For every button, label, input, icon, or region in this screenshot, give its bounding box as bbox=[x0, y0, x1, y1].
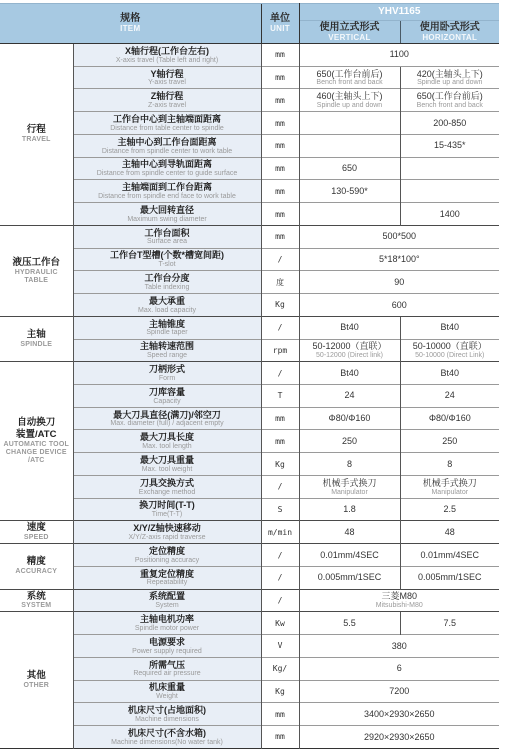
value-cell-span: 500*500 bbox=[299, 225, 499, 248]
value-cn: 500*500 bbox=[302, 231, 498, 242]
value-cell-horizontal: 0.01mm/4SEC bbox=[400, 544, 499, 567]
item-name-cn: 定位精度 bbox=[76, 546, 259, 557]
unit-cell: mm bbox=[261, 157, 299, 180]
unit-cell: 度 bbox=[261, 271, 299, 294]
header-model: YHV1165 bbox=[299, 4, 499, 21]
unit-cell: mm bbox=[261, 430, 299, 453]
value-cell-horizontal: Bt40 bbox=[400, 316, 499, 339]
spec-row: 刀具交换方式Exchange method/机械手式换刀Manipulator机… bbox=[0, 475, 499, 498]
item-cell: 最大刀具重量Max. tool weight bbox=[73, 453, 261, 476]
item-cell: 主轴端面到工作台距离Distance from spindle end face… bbox=[73, 180, 261, 203]
value-cell-vertical: 650 bbox=[299, 157, 400, 180]
header-spec: 规格 ITEM bbox=[0, 4, 261, 44]
item-name-en: X/Y/Z-axis rapid traverse bbox=[76, 534, 259, 541]
item-name-cn: X/Y/Z轴快速移动 bbox=[76, 523, 259, 534]
item-name-cn: 工作台面积 bbox=[76, 228, 259, 239]
value-cn: Φ80/Φ160 bbox=[403, 413, 498, 424]
item-cell: 重复定位精度Repeatability bbox=[73, 566, 261, 589]
spec-row: 最大回转直径Maximum swing diametermm1400 bbox=[0, 203, 499, 226]
item-name-en: Power supply required bbox=[76, 648, 259, 655]
item-name-cn: 最大刀具重量 bbox=[76, 455, 259, 466]
item-cell: 主轴电机功率Spindle motor power bbox=[73, 612, 261, 635]
header-horizontal-en: HORIZONTAL bbox=[403, 34, 498, 43]
unit-cell: / bbox=[261, 475, 299, 498]
spec-row: Y轴行程Y-axis travelmm650(工作台前后)Bench front… bbox=[0, 66, 499, 89]
header-horizontal-cn: 使用卧式形式 bbox=[403, 22, 498, 34]
category-cell-1: 液压工作台HYDRAULICTABLE bbox=[0, 225, 73, 316]
item-cell: 刀库容量Capacity bbox=[73, 385, 261, 408]
category-name-en: HYDRAULIC bbox=[2, 269, 71, 277]
value-cell-horizontal: 250 bbox=[400, 430, 499, 453]
value-cn: 420(主轴头上下) bbox=[403, 69, 498, 80]
value-en: Bench front and back bbox=[302, 79, 398, 86]
item-cell: X轴行程(工作台左右)X-axis travel (Table left and… bbox=[73, 44, 261, 67]
item-name-en: Repeatability bbox=[76, 579, 259, 586]
spec-row: 最大刀具长度Max. tool lengthmm250250 bbox=[0, 430, 499, 453]
item-name-cn: 系统配置 bbox=[76, 591, 259, 602]
value-cn: 3400×2930×2650 bbox=[302, 709, 498, 720]
item-name-cn: 最大刀具直径(满刀)/邻空刀 bbox=[76, 410, 259, 421]
category-name-cn: 精度 bbox=[2, 556, 71, 568]
category-name-en: OTHER bbox=[2, 682, 71, 690]
value-cn: 650(工作台前后) bbox=[403, 91, 498, 102]
spec-row: 速度SPEEDX/Y/Z轴快速移动X/Y/Z-axis rapid traver… bbox=[0, 521, 499, 544]
unit-cell: mm bbox=[261, 44, 299, 67]
spec-row: 精度ACCURACY定位精度Positioning accuracy/0.01m… bbox=[0, 544, 499, 567]
value-cell-horizontal: 1400 bbox=[400, 203, 499, 226]
item-name-en: Distance from spindle end face to work t… bbox=[76, 193, 259, 200]
item-name-en: Distance from table center to spindle bbox=[76, 125, 259, 132]
unit-cell: mm bbox=[261, 203, 299, 226]
value-cell-vertical bbox=[299, 203, 400, 226]
item-name-en: Weight bbox=[76, 693, 259, 700]
item-name-cn: 主轴转速范围 bbox=[76, 341, 259, 352]
item-cell: 工作台分度Table indexing bbox=[73, 271, 261, 294]
item-cell: Y轴行程Y-axis travel bbox=[73, 66, 261, 89]
header-vertical-en: VERTICAL bbox=[302, 34, 398, 43]
category-name-cn: 装置/ATC bbox=[2, 429, 71, 441]
value-cn: 8 bbox=[403, 459, 498, 470]
spec-row: 机床尺寸(占地面积)Machine dimensionsmm3400×2930×… bbox=[0, 703, 499, 726]
category-cell-4: 速度SPEED bbox=[0, 521, 73, 544]
value-cn: 6 bbox=[302, 663, 498, 674]
category-cell-0: 行程TRAVEL bbox=[0, 44, 73, 226]
item-name-cn: 主轴端面到工作台距离 bbox=[76, 182, 259, 193]
spec-row: 液压工作台HYDRAULICTABLE工作台面积Surface areamm50… bbox=[0, 225, 499, 248]
item-name-en: Max. tool weight bbox=[76, 466, 259, 473]
value-cell-span: 600 bbox=[299, 294, 499, 317]
item-name-en: Machine dimensions bbox=[76, 716, 259, 723]
value-cell-span: 380 bbox=[299, 635, 499, 658]
value-cn: 2.5 bbox=[403, 504, 498, 515]
value-cell-span: 7200 bbox=[299, 680, 499, 703]
spec-row: 机床尺寸(不含水箱)Machine dimensions(No water ta… bbox=[0, 726, 499, 749]
value-cn: 0.005mm/1SEC bbox=[403, 572, 498, 583]
item-cell: 电源要求Power supply required bbox=[73, 635, 261, 658]
value-cn: 650(工作台前后) bbox=[302, 69, 398, 80]
unit-cell: / bbox=[261, 544, 299, 567]
value-en: Bench front and back bbox=[403, 102, 498, 109]
category-name-cn: 行程 bbox=[2, 124, 71, 136]
unit-cell: V bbox=[261, 635, 299, 658]
item-cell: 刀具交换方式Exchange method bbox=[73, 475, 261, 498]
value-cell-horizontal: Φ80/Φ160 bbox=[400, 407, 499, 430]
model-number: YHV1165 bbox=[302, 6, 498, 18]
unit-cell: / bbox=[261, 362, 299, 385]
category-name-cn: 其他 bbox=[2, 670, 71, 682]
item-name-cn: 工作台中心到主轴端面距离 bbox=[76, 114, 259, 125]
item-cell: 最大回转直径Maximum swing diameter bbox=[73, 203, 261, 226]
value-cn: 1.8 bbox=[302, 504, 398, 515]
unit-cell: T bbox=[261, 385, 299, 408]
value-cell-horizontal: 650(工作台前后)Bench front and back bbox=[400, 89, 499, 112]
item-name-cn: 主轴锥度 bbox=[76, 319, 259, 330]
spec-row: 重复定位精度Repeatability/0.005mm/1SEC0.005mm/… bbox=[0, 566, 499, 589]
item-cell: 工作台中心到主轴端面距离Distance from table center t… bbox=[73, 112, 261, 135]
category-name-cn: 液压工作台 bbox=[2, 257, 71, 269]
category-name-cn: 自动换刀 bbox=[2, 417, 71, 429]
category-name-en: CHANGE DEVICE bbox=[2, 449, 71, 457]
spec-row: 换刀时间(T-T)Time(T-T)S1.82.5 bbox=[0, 498, 499, 521]
unit-cell: mm bbox=[261, 407, 299, 430]
item-cell: 最大刀具长度Max. tool length bbox=[73, 430, 261, 453]
value-cn: 460(主轴头上下) bbox=[302, 91, 398, 102]
item-name-en: Form bbox=[76, 375, 259, 382]
spec-row: 最大承重Max. load capacityKg600 bbox=[0, 294, 499, 317]
item-cell: 系统配置System bbox=[73, 589, 261, 612]
value-cn: 90 bbox=[302, 277, 498, 288]
value-cell-horizontal: 机械手式换刀Manipulator bbox=[400, 475, 499, 498]
category-name-en: SYSTEM bbox=[2, 602, 71, 610]
spec-row: 最大刀具重量Max. tool weightKg88 bbox=[0, 453, 499, 476]
item-name-cn: 主轴电机功率 bbox=[76, 614, 259, 625]
value-cell-vertical: Φ80/Φ160 bbox=[299, 407, 400, 430]
value-cn: 5*18*100° bbox=[302, 254, 498, 265]
value-cell-vertical: 0.005mm/1SEC bbox=[299, 566, 400, 589]
value-cell-span: 90 bbox=[299, 271, 499, 294]
value-cell-vertical: 机械手式换刀Manipulator bbox=[299, 475, 400, 498]
value-cn: Bt40 bbox=[403, 368, 498, 379]
value-cell-horizontal: Bt40 bbox=[400, 362, 499, 385]
spec-row: 最大刀具直径(满刀)/邻空刀Max. diameter (full) / adj… bbox=[0, 407, 499, 430]
spec-row: 电源要求Power supply requiredV380 bbox=[0, 635, 499, 658]
value-cell-vertical: Bt40 bbox=[299, 362, 400, 385]
unit-cell: mm bbox=[261, 703, 299, 726]
unit-cell: mm bbox=[261, 225, 299, 248]
item-name-en: Capacity bbox=[76, 398, 259, 405]
header-unit: 单位 UNIT bbox=[261, 4, 299, 44]
item-name-cn: 刀库容量 bbox=[76, 387, 259, 398]
item-cell: 机床重量Weight bbox=[73, 680, 261, 703]
category-name-cn: 主轴 bbox=[2, 329, 71, 341]
value-cn: 50-10000（直联） bbox=[403, 341, 498, 352]
value-cell-span: 6 bbox=[299, 657, 499, 680]
value-cn: 7.5 bbox=[403, 618, 498, 629]
item-name-en: T-slot bbox=[76, 261, 259, 268]
item-name-cn: 机床尺寸(不含水箱) bbox=[76, 728, 259, 739]
item-name-cn: 换刀时间(T-T) bbox=[76, 500, 259, 511]
value-cell-span: 三菱M80Mitsubishi-M80 bbox=[299, 589, 499, 612]
value-cell-horizontal bbox=[400, 180, 499, 203]
value-cn: 15-435* bbox=[403, 140, 498, 151]
category-cell-3: 自动换刀装置/ATCAUTOMATIC TOOLCHANGE DEVICE/AT… bbox=[0, 362, 73, 521]
spec-table: 规格 ITEM 单位 UNIT YHV1165 使用立式形式 VERTICAL … bbox=[0, 3, 499, 749]
item-name-en: Machine dimensions(No water tank) bbox=[76, 739, 259, 746]
item-name-en: Max. load capacity bbox=[76, 307, 259, 314]
spec-row: 主轴中心到导轨面距离Distance from spindle center t… bbox=[0, 157, 499, 180]
unit-cell: S bbox=[261, 498, 299, 521]
value-cn: 7200 bbox=[302, 686, 498, 697]
unit-cell: / bbox=[261, 316, 299, 339]
value-cell-vertical: 8 bbox=[299, 453, 400, 476]
category-name-cn: 系统 bbox=[2, 591, 71, 603]
value-cell-span: 5*18*100° bbox=[299, 248, 499, 271]
item-cell: 最大刀具直径(满刀)/邻空刀Max. diameter (full) / adj… bbox=[73, 407, 261, 430]
value-cell-span: 3400×2930×2650 bbox=[299, 703, 499, 726]
item-name-en: X-axis travel (Table left and right) bbox=[76, 57, 259, 64]
value-cell-horizontal: 8 bbox=[400, 453, 499, 476]
unit-cell: Kg bbox=[261, 294, 299, 317]
item-name-cn: 工作台分度 bbox=[76, 273, 259, 284]
header-unit-en: UNIT bbox=[264, 25, 297, 34]
value-en: Spindle up and down bbox=[403, 79, 498, 86]
spec-row: 工作台T型槽(个数*槽宽间距)T-slot/5*18*100° bbox=[0, 248, 499, 271]
value-cn: 250 bbox=[403, 436, 498, 447]
value-cn: 机械手式换刀 bbox=[403, 478, 498, 489]
item-cell: Z轴行程Z-axis travel bbox=[73, 89, 261, 112]
item-name-cn: X轴行程(工作台左右) bbox=[76, 46, 259, 57]
value-cn: 380 bbox=[302, 641, 498, 652]
item-cell: 机床尺寸(占地面积)Machine dimensions bbox=[73, 703, 261, 726]
table-body: 行程TRAVELX轴行程(工作台左右)X-axis travel (Table … bbox=[0, 44, 499, 749]
spec-row: 主轴端面到工作台距离Distance from spindle end face… bbox=[0, 180, 499, 203]
item-name-cn: 最大承重 bbox=[76, 296, 259, 307]
value-cn: 200-850 bbox=[403, 118, 498, 129]
value-cell-vertical: 5.5 bbox=[299, 612, 400, 635]
item-name-en: Max. tool length bbox=[76, 443, 259, 450]
unit-cell: Kw bbox=[261, 612, 299, 635]
value-cell-vertical bbox=[299, 112, 400, 135]
item-name-en: Y-axis travel bbox=[76, 79, 259, 86]
value-cell-vertical: 1.8 bbox=[299, 498, 400, 521]
item-name-en: Required air pressure bbox=[76, 670, 259, 677]
item-name-cn: Z轴行程 bbox=[76, 91, 259, 102]
value-cn: Bt40 bbox=[403, 322, 498, 333]
value-cell-vertical bbox=[299, 134, 400, 157]
value-cn: 250 bbox=[302, 436, 398, 447]
value-cn: 50-12000（直联） bbox=[302, 341, 398, 352]
value-cell-vertical: 650(工作台前后)Bench front and back bbox=[299, 66, 400, 89]
item-name-en: Table indexing bbox=[76, 284, 259, 291]
item-cell: 定位精度Positioning accuracy bbox=[73, 544, 261, 567]
item-name-cn: 所需气压 bbox=[76, 660, 259, 671]
value-en: 50-12000 (Direct link) bbox=[302, 352, 398, 359]
unit-cell: rpm bbox=[261, 339, 299, 362]
value-cn: 48 bbox=[302, 527, 398, 538]
value-cn: Bt40 bbox=[302, 368, 398, 379]
header-vertical-cn: 使用立式形式 bbox=[302, 22, 398, 34]
unit-cell: Kg bbox=[261, 453, 299, 476]
value-en: Manipulator bbox=[403, 489, 498, 496]
unit-cell: m/min bbox=[261, 521, 299, 544]
value-cn: 650 bbox=[302, 163, 398, 174]
spec-row: 其他OTHER主轴电机功率Spindle motor powerKw5.57.5 bbox=[0, 612, 499, 635]
spec-row: 主轴SPINDLE主轴锥度Spindle taper/Bt40Bt40 bbox=[0, 316, 499, 339]
item-name-cn: 机床重量 bbox=[76, 682, 259, 693]
category-cell-6: 系统SYSTEM bbox=[0, 589, 73, 612]
header-horizontal: 使用卧式形式 HORIZONTAL bbox=[400, 21, 499, 44]
item-name-en: Max. diameter (full) / adjacent empty bbox=[76, 420, 259, 427]
value-cell-vertical: 0.01mm/4SEC bbox=[299, 544, 400, 567]
item-name-cn: Y轴行程 bbox=[76, 69, 259, 80]
value-cn: Φ80/Φ160 bbox=[302, 413, 398, 424]
unit-cell: mm bbox=[261, 134, 299, 157]
item-cell: 所需气压Required air pressure bbox=[73, 657, 261, 680]
item-name-en: Speed range bbox=[76, 352, 259, 359]
item-name-cn: 工作台T型槽(个数*槽宽间距) bbox=[76, 250, 259, 261]
value-cell-vertical: 50-12000（直联）50-12000 (Direct link) bbox=[299, 339, 400, 362]
value-cell-vertical: 24 bbox=[299, 385, 400, 408]
item-name-en: Spindle motor power bbox=[76, 625, 259, 632]
item-name-en: Maximum swing diameter bbox=[76, 216, 259, 223]
value-cn: 600 bbox=[302, 300, 498, 311]
value-cell-horizontal: 48 bbox=[400, 521, 499, 544]
unit-cell: / bbox=[261, 248, 299, 271]
spec-row: 主轴转速范围Speed rangerpm50-12000（直联）50-12000… bbox=[0, 339, 499, 362]
category-cell-2: 主轴SPINDLE bbox=[0, 316, 73, 361]
category-name-en: ACCURACY bbox=[2, 568, 71, 576]
value-cell-span: 2920×2930×2650 bbox=[299, 726, 499, 749]
value-cell-vertical: 130-590* bbox=[299, 180, 400, 203]
unit-cell: Kg bbox=[261, 680, 299, 703]
category-cell-7: 其他OTHER bbox=[0, 612, 73, 748]
table-header: 规格 ITEM 单位 UNIT YHV1165 使用立式形式 VERTICAL … bbox=[0, 4, 499, 44]
item-name-en: Distance from spindle center to work tab… bbox=[76, 148, 259, 155]
item-cell: 工作台面积Surface area bbox=[73, 225, 261, 248]
value-cn: 24 bbox=[403, 390, 498, 401]
item-name-cn: 刀具交换方式 bbox=[76, 478, 259, 489]
value-en: Spindle up and down bbox=[302, 102, 398, 109]
category-cell-5: 精度ACCURACY bbox=[0, 544, 73, 589]
unit-cell: Kg/ bbox=[261, 657, 299, 680]
item-name-en: Distance from spindle center to guide su… bbox=[76, 170, 259, 177]
category-name-en: /ATC bbox=[2, 457, 71, 465]
value-cn: 1100 bbox=[302, 49, 498, 60]
spec-row: 自动换刀装置/ATCAUTOMATIC TOOLCHANGE DEVICE/AT… bbox=[0, 362, 499, 385]
header-spec-en: ITEM bbox=[2, 25, 259, 34]
value-cell-horizontal: 2.5 bbox=[400, 498, 499, 521]
spec-row: Z轴行程Z-axis travelmm460(主轴头上下)Spindle up … bbox=[0, 89, 499, 112]
value-cell-horizontal: 50-10000（直联）50-10000 (Direct Link) bbox=[400, 339, 499, 362]
item-name-en: Surface area bbox=[76, 238, 259, 245]
value-cn: 24 bbox=[302, 390, 398, 401]
item-name-en: Spindle taper bbox=[76, 329, 259, 336]
item-name-cn: 主轴中心到工作台面距离 bbox=[76, 137, 259, 148]
item-cell: 刀柄形式Form bbox=[73, 362, 261, 385]
item-name-cn: 最大回转直径 bbox=[76, 205, 259, 216]
value-en: Manipulator bbox=[302, 489, 398, 496]
item-name-cn: 主轴中心到导轨面距离 bbox=[76, 159, 259, 170]
value-cn: 0.01mm/4SEC bbox=[302, 550, 398, 561]
item-cell: X/Y/Z轴快速移动X/Y/Z-axis rapid traverse bbox=[73, 521, 261, 544]
item-cell: 换刀时间(T-T)Time(T-T) bbox=[73, 498, 261, 521]
value-cell-span: 1100 bbox=[299, 44, 499, 67]
value-en: 50-10000 (Direct Link) bbox=[403, 352, 498, 359]
spec-row: 行程TRAVELX轴行程(工作台左右)X-axis travel (Table … bbox=[0, 44, 499, 67]
spec-row: 刀库容量CapacityT2424 bbox=[0, 385, 499, 408]
value-cell-vertical: 460(主轴头上下)Spindle up and down bbox=[299, 89, 400, 112]
item-cell: 主轴转速范围Speed range bbox=[73, 339, 261, 362]
item-cell: 主轴中心到工作台面距离Distance from spindle center … bbox=[73, 134, 261, 157]
value-cn: 三菱M80 bbox=[302, 591, 498, 602]
spec-row: 所需气压Required air pressureKg/6 bbox=[0, 657, 499, 680]
item-name-cn: 电源要求 bbox=[76, 637, 259, 648]
category-name-en: TABLE bbox=[2, 277, 71, 285]
value-cell-horizontal: 24 bbox=[400, 385, 499, 408]
spec-row: 系统SYSTEM系统配置System/三菱M80Mitsubishi-M80 bbox=[0, 589, 499, 612]
value-cn: Bt40 bbox=[302, 322, 398, 333]
item-name-en: System bbox=[76, 602, 259, 609]
item-name-cn: 最大刀具长度 bbox=[76, 432, 259, 443]
item-name-en: Exchange method bbox=[76, 489, 259, 496]
value-cell-horizontal: 420(主轴头上下)Spindle up and down bbox=[400, 66, 499, 89]
item-cell: 主轴锥度Spindle taper bbox=[73, 316, 261, 339]
item-name-cn: 刀柄形式 bbox=[76, 364, 259, 375]
value-cn: 0.01mm/4SEC bbox=[403, 550, 498, 561]
value-cn: 2920×2930×2650 bbox=[302, 732, 498, 743]
header-row-top: 规格 ITEM 单位 UNIT YHV1165 bbox=[0, 4, 499, 21]
unit-cell: mm bbox=[261, 180, 299, 203]
value-cell-horizontal: 15-435* bbox=[400, 134, 499, 157]
value-cn: 130-590* bbox=[302, 186, 398, 197]
value-cell-horizontal bbox=[400, 157, 499, 180]
item-name-en: Time(T-T) bbox=[76, 511, 259, 518]
spec-row: 主轴中心到工作台面距离Distance from spindle center … bbox=[0, 134, 499, 157]
spec-row: 机床重量WeightKg7200 bbox=[0, 680, 499, 703]
unit-cell: mm bbox=[261, 112, 299, 135]
value-cn: 5.5 bbox=[302, 618, 398, 629]
item-name-en: Positioning accuracy bbox=[76, 557, 259, 564]
category-name-en: AUTOMATIC TOOL bbox=[2, 441, 71, 449]
value-cell-vertical: 250 bbox=[299, 430, 400, 453]
value-cell-vertical: Bt40 bbox=[299, 316, 400, 339]
category-name-en: SPEED bbox=[2, 534, 71, 542]
unit-cell: / bbox=[261, 566, 299, 589]
unit-cell: mm bbox=[261, 89, 299, 112]
unit-cell: / bbox=[261, 589, 299, 612]
item-name-cn: 机床尺寸(占地面积) bbox=[76, 705, 259, 716]
item-name-cn: 重复定位精度 bbox=[76, 569, 259, 580]
value-en: Mitsubishi-M80 bbox=[302, 602, 498, 609]
value-cn: 0.005mm/1SEC bbox=[302, 572, 398, 583]
value-cell-horizontal: 0.005mm/1SEC bbox=[400, 566, 499, 589]
item-cell: 工作台T型槽(个数*槽宽间距)T-slot bbox=[73, 248, 261, 271]
unit-cell: mm bbox=[261, 726, 299, 749]
spec-row: 工作台分度Table indexing度90 bbox=[0, 271, 499, 294]
value-cell-vertical: 48 bbox=[299, 521, 400, 544]
value-cn: 8 bbox=[302, 459, 398, 470]
value-cn: 1400 bbox=[403, 209, 498, 220]
category-name-en: SPINDLE bbox=[2, 341, 71, 349]
value-cn: 48 bbox=[403, 527, 498, 538]
header-vertical: 使用立式形式 VERTICAL bbox=[299, 21, 400, 44]
unit-cell: mm bbox=[261, 66, 299, 89]
category-name-cn: 速度 bbox=[2, 522, 71, 534]
value-cn: 机械手式换刀 bbox=[302, 478, 398, 489]
category-name-en: TRAVEL bbox=[2, 136, 71, 144]
spec-sheet: 规格 ITEM 单位 UNIT YHV1165 使用立式形式 VERTICAL … bbox=[0, 0, 505, 753]
value-cell-horizontal: 7.5 bbox=[400, 612, 499, 635]
